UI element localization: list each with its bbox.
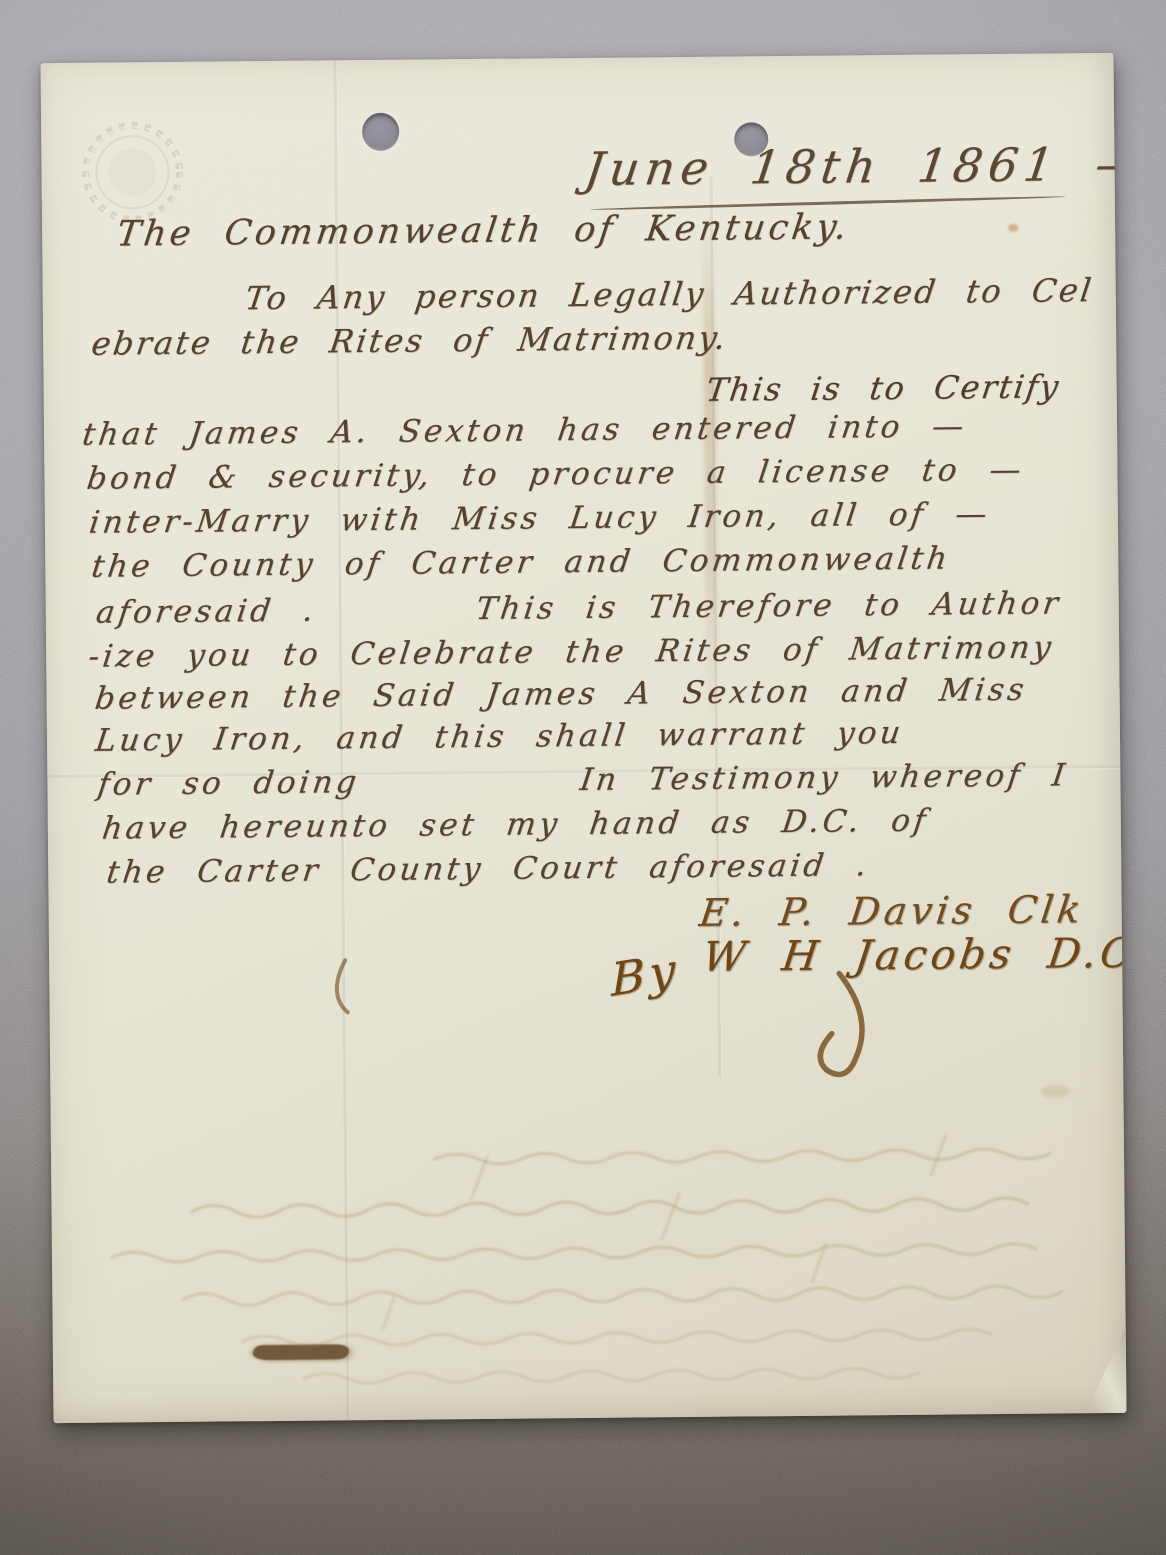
heading-line: The Commonwealth of Kentucky. bbox=[114, 207, 852, 254]
signature-clerk: E. P. Davis Clk bbox=[697, 887, 1087, 935]
body-line-10: have hereunto set my hand as D.C. of bbox=[100, 803, 931, 847]
body-line-3: inter-Marry with Miss Lucy Iron, all of … bbox=[87, 496, 992, 541]
punch-hole-left bbox=[362, 113, 399, 151]
body-line-9-left: for so doing bbox=[96, 764, 362, 803]
embossed-seal-icon bbox=[76, 116, 189, 229]
date-line: June 18th 1861 — bbox=[582, 137, 1127, 196]
body-line-9-right: In Testimony whereof I bbox=[578, 757, 1070, 798]
signature-by-word: By bbox=[610, 942, 680, 1007]
document-page: June 18th 1861 — The Commonwealth of Ken… bbox=[40, 53, 1126, 1423]
signature-deputy-line: By W H Jacobs D.C. bbox=[609, 929, 1126, 988]
faint-stain-spot bbox=[1040, 1085, 1070, 1097]
certify-heading: This is to Certify bbox=[704, 367, 1063, 408]
photo-scene: June 18th 1861 — The Commonwealth of Ken… bbox=[0, 0, 1166, 1555]
body-line-2: bond & security, to procure a license to… bbox=[85, 452, 1027, 497]
body-line-5-left: aforesaid . bbox=[94, 593, 319, 631]
address-line-1: To Any person Legally Authorized to Cel bbox=[243, 271, 1096, 317]
dark-stain-bottom bbox=[253, 1344, 349, 1360]
body-line-1: that James A. Sexton has entered into — bbox=[80, 408, 969, 453]
body-line-4: the County of Carter and Commonwealth bbox=[90, 540, 953, 584]
body-line-8: Lucy Iron, and this shall warrant you bbox=[93, 715, 906, 759]
curled-corner bbox=[1075, 1318, 1127, 1414]
address-line-2: ebrate the Rites of Matrimony. bbox=[89, 319, 730, 363]
body-line-5: aforesaid . This is Therefore to Author bbox=[94, 585, 1064, 630]
body-line-7: between the Said James A Sexton and Miss bbox=[93, 672, 1030, 717]
body-line-9: for so doing In Testimony whereof I bbox=[96, 757, 1071, 802]
rust-spot bbox=[1008, 224, 1018, 232]
body-line-5-right: This is Therefore to Author bbox=[474, 585, 1064, 627]
body-line-11: the Carter County Court aforesaid . bbox=[104, 847, 872, 890]
signature-deputy-name: W H Jacobs D.C. bbox=[699, 929, 1126, 987]
punch-hole-right bbox=[734, 122, 768, 156]
body-line-6: -ize you to Celebrate the Rites of Matri… bbox=[86, 629, 1056, 674]
